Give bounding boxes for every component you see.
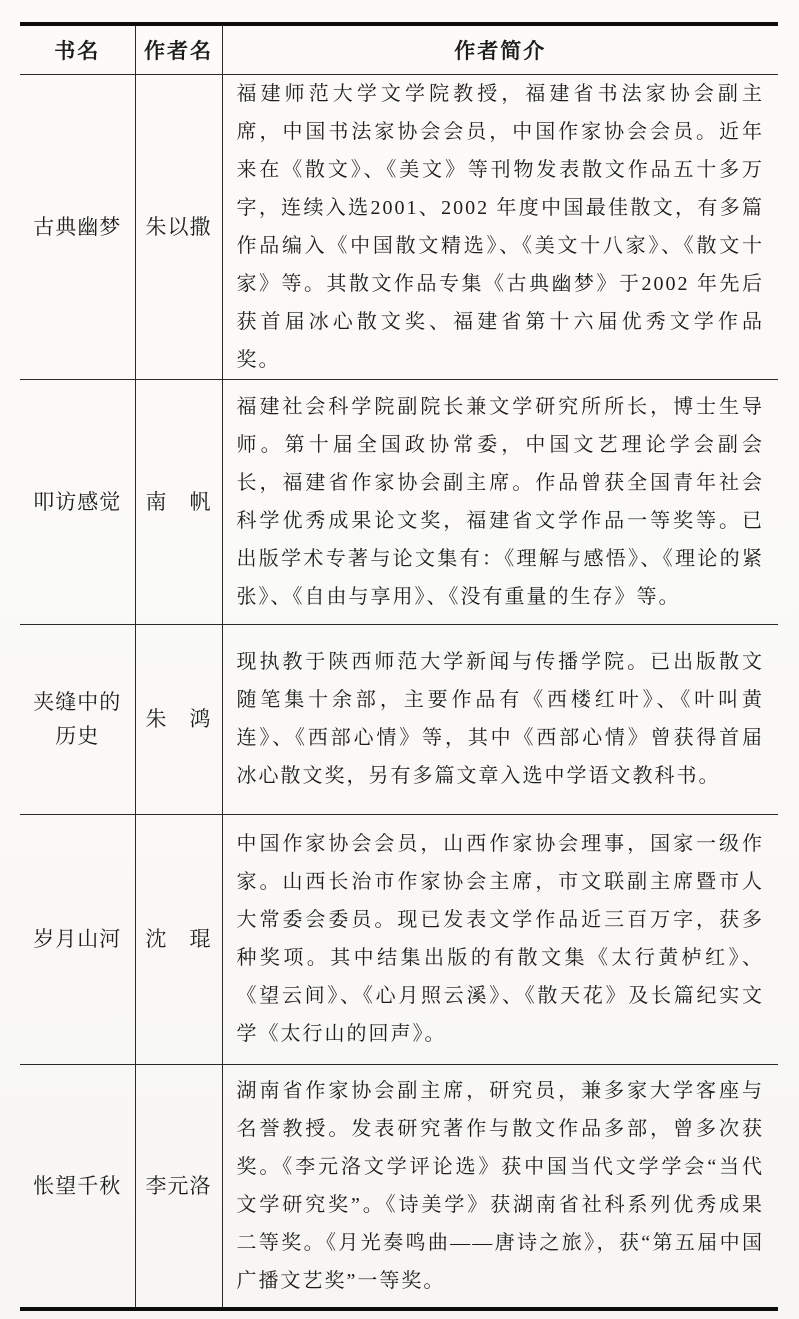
author-intro-cell: 湖南省作家协会副主席，研究员，兼多家大学客座与名誉教授。发表研究著作与散文作品多… <box>222 1064 778 1309</box>
header-author-intro: 作者简介 <box>222 24 778 74</box>
author-name-cell: 朱 鸿 <box>135 624 222 814</box>
table-row: 夹缝中的历史 朱 鸿 现执教于陕西师范大学新闻与传播学院。已出版散文随笔集十余部… <box>20 624 778 814</box>
table-row: 叩访感觉 南 帆 福建社会科学院副院长兼文学研究所所长，博士生导师。第十届全国政… <box>20 379 778 624</box>
book-title-cell: 夹缝中的历史 <box>20 624 135 814</box>
book-title-cell: 叩访感觉 <box>20 379 135 624</box>
table-row: 怅望千秋 李元洛 湖南省作家协会副主席，研究员，兼多家大学客座与名誉教授。发表研… <box>20 1064 778 1309</box>
author-intro-cell: 中国作家协会会员，山西作家协会理事，国家一级作家。山西长治市作家协会主席，市文联… <box>222 814 778 1064</box>
table-row: 岁月山河 沈 琨 中国作家协会会员，山西作家协会理事，国家一级作家。山西长治市作… <box>20 814 778 1064</box>
author-name-cell: 朱以撒 <box>135 74 222 379</box>
book-title-cell: 岁月山河 <box>20 814 135 1064</box>
author-intro-cell: 现执教于陕西师范大学新闻与传播学院。已出版散文随笔集十余部，主要作品有《西楼红叶… <box>222 624 778 814</box>
header-author-name: 作者名 <box>135 24 222 74</box>
header-book-title: 书名 <box>20 24 135 74</box>
author-name-cell: 李元洛 <box>135 1064 222 1309</box>
author-name-cell: 南 帆 <box>135 379 222 624</box>
book-title-cell: 怅望千秋 <box>20 1064 135 1309</box>
author-name-cell: 沈 琨 <box>135 814 222 1064</box>
author-intro-cell: 福建师范大学文学院教授，福建省书法家协会副主席，中国书法家协会会员，中国作家协会… <box>222 74 778 379</box>
document-page: 书名 作者名 作者简介 古典幽梦 朱以撒 福建师范大学文学院教授，福建省书法家协… <box>0 0 799 1319</box>
authors-table: 书名 作者名 作者简介 古典幽梦 朱以撒 福建师范大学文学院教授，福建省书法家协… <box>20 22 778 1311</box>
author-intro-cell: 福建社会科学院副院长兼文学研究所所长，博士生导师。第十届全国政协常委，中国文艺理… <box>222 379 778 624</box>
book-title-cell: 古典幽梦 <box>20 74 135 379</box>
table-header-row: 书名 作者名 作者简介 <box>20 24 778 74</box>
table-row: 古典幽梦 朱以撒 福建师范大学文学院教授，福建省书法家协会副主席，中国书法家协会… <box>20 74 778 379</box>
